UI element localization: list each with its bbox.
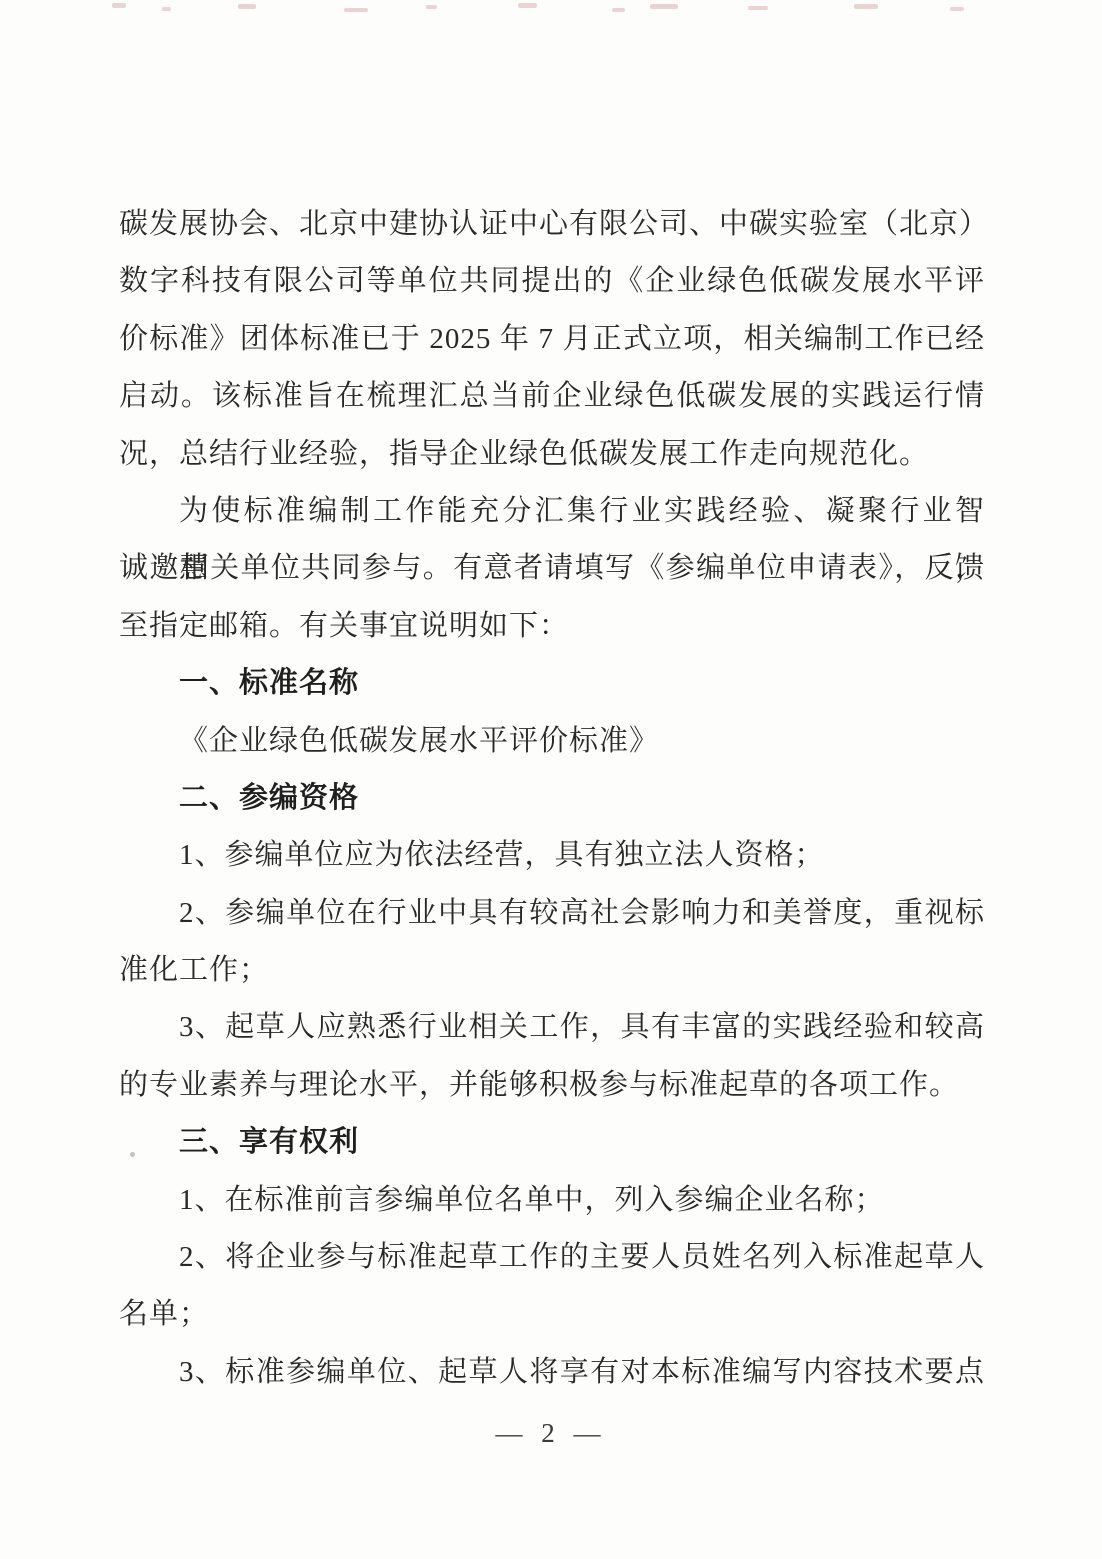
text-line: 1、参编单位应为依法经营，具有独立法人资格； bbox=[179, 827, 985, 884]
page-number: — 2 — bbox=[0, 1418, 1102, 1449]
section-heading: 一、标准名称 bbox=[179, 655, 985, 712]
scan-artifact bbox=[854, 4, 878, 9]
text-line: 《企业绿色低碳发展水平评价标准》 bbox=[179, 713, 985, 770]
text-line: 名单； bbox=[119, 1286, 985, 1343]
text-line: 启动。该标准旨在梳理汇总当前企业绿色低碳发展的实践运行情 bbox=[119, 368, 985, 425]
text-line: 2、将企业参与标准起草工作的主要人员姓名列入标准起草人 bbox=[179, 1229, 985, 1286]
text-line: 为使标准编制工作能充分汇集行业实践经验、凝聚行业智慧， bbox=[179, 483, 985, 540]
scan-artifact bbox=[518, 3, 537, 8]
text-line: 价标准》团体标准已于 2025 年 7 月正式立项，相关编制工作已经 bbox=[119, 311, 985, 368]
scan-artifact bbox=[112, 3, 126, 8]
text-line: 1、在标准前言参编单位名单中，列入参编企业名称； bbox=[179, 1172, 985, 1229]
scan-artifact bbox=[650, 4, 678, 9]
text-line: 3、标准参编单位、起草人将享有对本标准编写内容技术要点 bbox=[179, 1344, 985, 1401]
text-line: 准化工作； bbox=[119, 942, 985, 999]
text-line: 碳发展协会、北京中建协认证中心有限公司、中碳实验室（北京） bbox=[119, 196, 985, 253]
scan-artifact bbox=[238, 4, 256, 9]
text-line: 3、起草人应熟悉行业相关工作，具有丰富的实践经验和较高 bbox=[179, 999, 985, 1056]
text-line: 至指定邮箱。有关事宜说明如下： bbox=[119, 598, 985, 655]
scan-artifact bbox=[162, 7, 171, 11]
text-line: 诚邀相关单位共同参与。有意者请填写《参编单位申请表》，反馈 bbox=[119, 540, 985, 597]
text-block: 碳发展协会、北京中建协认证中心有限公司、中碳实验室（北京）数字科技有限公司等单位… bbox=[119, 196, 985, 1401]
text-line: 2、参编单位在行业中具有较高社会影响力和美誉度，重视标 bbox=[179, 885, 985, 942]
scan-artifact bbox=[748, 6, 768, 10]
section-heading: 二、参编资格 bbox=[179, 770, 985, 827]
scan-artifact bbox=[612, 8, 625, 12]
section-heading: 三、享有权利 bbox=[179, 1114, 985, 1171]
document-page: 碳发展协会、北京中建协认证中心有限公司、中碳实验室（北京）数字科技有限公司等单位… bbox=[0, 0, 1102, 1559]
text-line: 数字科技有限公司等单位共同提出的《企业绿色低碳发展水平评 bbox=[119, 253, 985, 310]
text-line: 况，总结行业经验，指导企业绿色低碳发展工作走向规范化。 bbox=[119, 426, 985, 483]
scan-artifact bbox=[950, 7, 964, 11]
scan-artifact bbox=[426, 5, 437, 9]
text-line: 的专业素养与理论水平，并能够积极参与标准起草的各项工作。 bbox=[119, 1057, 985, 1114]
scan-artifact bbox=[344, 8, 368, 12]
